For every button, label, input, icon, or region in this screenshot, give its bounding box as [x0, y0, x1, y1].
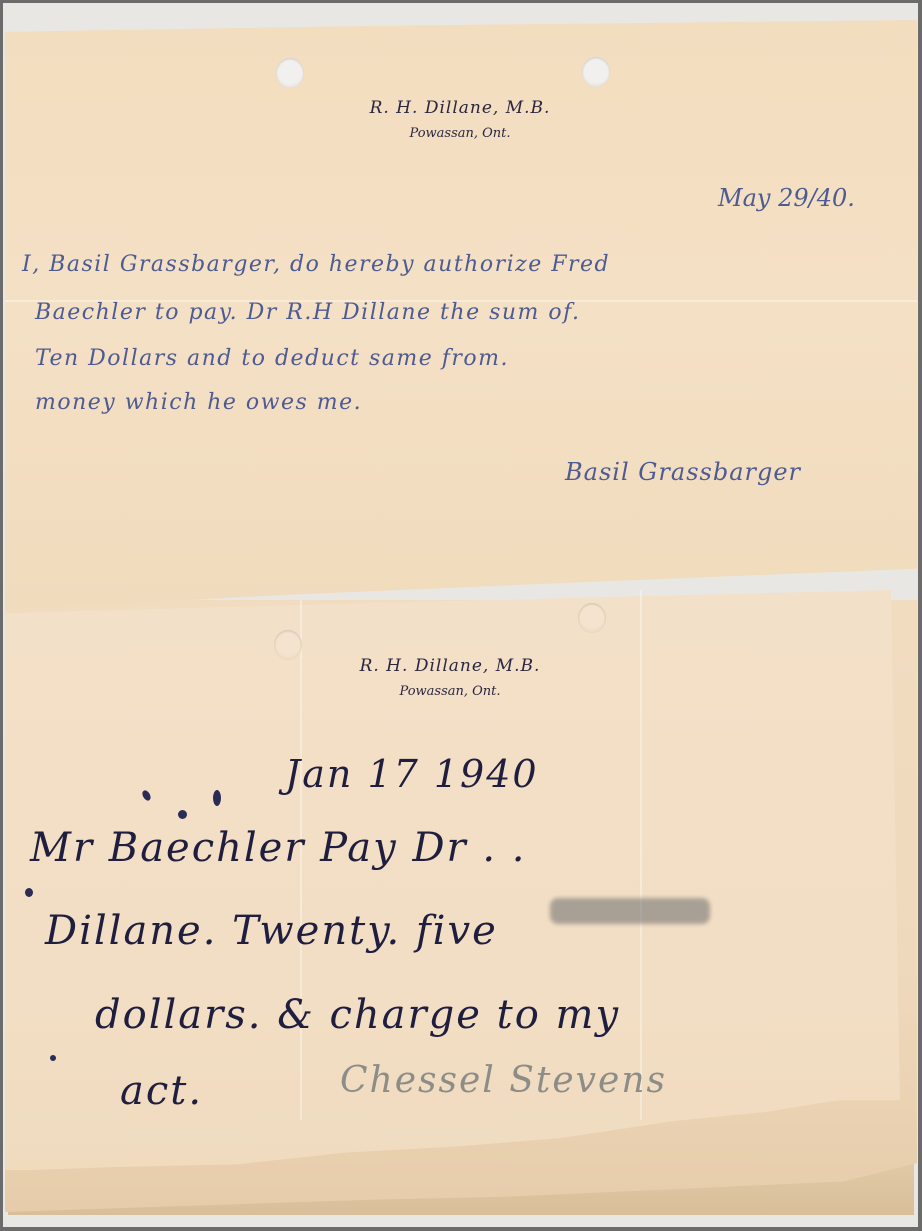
ink-blot [178, 810, 187, 819]
letterhead-name: R. H. Dillane, M.B. [300, 98, 620, 118]
pencil-strikethrough [550, 898, 710, 924]
lower-note-line-3: dollars. & charge to my [95, 992, 620, 1038]
lower-note-date: Jan 17 1940 [285, 752, 539, 796]
ink-blot [25, 888, 33, 897]
lower-note-line-1: Mr Baechler Pay Dr . . [30, 825, 527, 871]
pencil-signature: Chessel Stevens [340, 1060, 667, 1101]
letterhead-place: Powassan, Ont. [290, 684, 610, 699]
fold-crease [640, 590, 642, 1120]
lower-letterhead: R. H. Dillane, M.B. Powassan, Ont. [290, 656, 610, 699]
punch-hole [582, 57, 610, 87]
ink-blot [213, 790, 221, 806]
upper-note-line-3: Ten Dollars and to deduct same from. [35, 346, 509, 371]
upper-note-line-1: I, Basil Grassbarger, do hereby authoriz… [22, 252, 610, 277]
letterhead-name: R. H. Dillane, M.B. [290, 656, 610, 676]
punch-hole [578, 603, 606, 633]
punch-hole [276, 58, 304, 88]
upper-note-line-2: Baechler to pay. Dr R.H Dillane the sum … [35, 300, 581, 325]
upper-letterhead: R. H. Dillane, M.B. Powassan, Ont. [300, 98, 620, 141]
upper-note-line-4: money which he owes me. [35, 390, 362, 415]
upper-signature: Basil Grassbarger [565, 458, 801, 486]
upper-note-date: May 29/40. [718, 184, 855, 212]
lower-note-line-2: Dillane. Twenty. five [45, 908, 498, 954]
ink-blot [50, 1055, 56, 1061]
lower-note-line-4: act. [120, 1068, 203, 1114]
letterhead-place: Powassan, Ont. [300, 126, 620, 141]
